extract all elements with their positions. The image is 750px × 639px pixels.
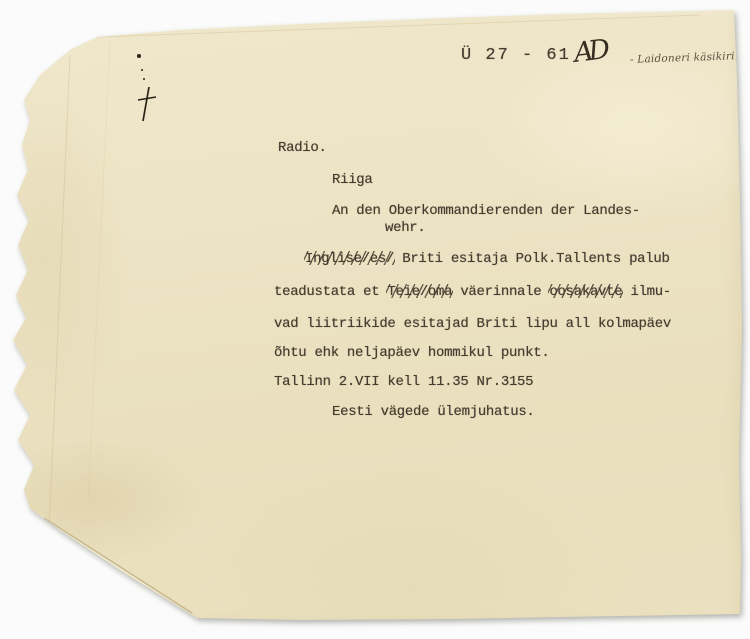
paper-shadow: Ü 27 - 61 AD - Laidoneri käsikiri. Radio… <box>0 0 750 639</box>
salutation-line-1: An den Oberkommandierenden der Landes- <box>332 203 640 219</box>
body-line-4: õhtu ehk neljapäev hommikul punkt. <box>274 345 549 361</box>
body-line-3: vad liitriikide esitajad Briti lipu all … <box>274 316 671 332</box>
body-text: Briti esitaja Polk.Tallents palub <box>394 251 669 267</box>
fold-crease <box>44 518 192 613</box>
ink-dot <box>137 54 141 58</box>
struck-text: Inglise/es/ <box>305 251 394 267</box>
struck-text: Teie/oma <box>387 284 452 300</box>
body-line-2: teadustata et Teie/oma väerinnale oosaka… <box>274 284 671 300</box>
scanned-document: Ü 27 - 61 AD - Laidoneri käsikiri. Radio… <box>0 0 750 639</box>
struck-text: oosakavte <box>549 284 622 300</box>
crease-line <box>88 40 110 500</box>
signature-line: Eesti vägede ülemjuhatus. <box>332 404 535 420</box>
recipient-city: Riiga <box>332 172 373 188</box>
handwritten-monogram: AD <box>572 34 607 69</box>
body-line-1: Inglise/es/ Briti esitaja Polk.Tallents … <box>305 251 670 267</box>
body-text: teadustata et <box>274 284 387 300</box>
cross-mark <box>132 85 162 125</box>
recipient-line: Radio. <box>278 140 327 156</box>
paper-sheet: Ü 27 - 61 AD - Laidoneri käsikiri. Radio… <box>0 0 750 639</box>
dateline: Tallinn 2.VII kell 11.35 Nr.3155 <box>274 374 533 390</box>
salutation-line-2: wehr. <box>385 220 426 236</box>
crease-line <box>46 55 70 600</box>
body-text: ilmu- <box>622 284 671 300</box>
body-text: väerinnale <box>452 284 549 300</box>
reference-number: Ü 27 - 61 <box>461 46 571 65</box>
ink-dot <box>143 78 145 80</box>
top-edge-crease <box>98 15 700 37</box>
ink-dot <box>141 69 143 71</box>
